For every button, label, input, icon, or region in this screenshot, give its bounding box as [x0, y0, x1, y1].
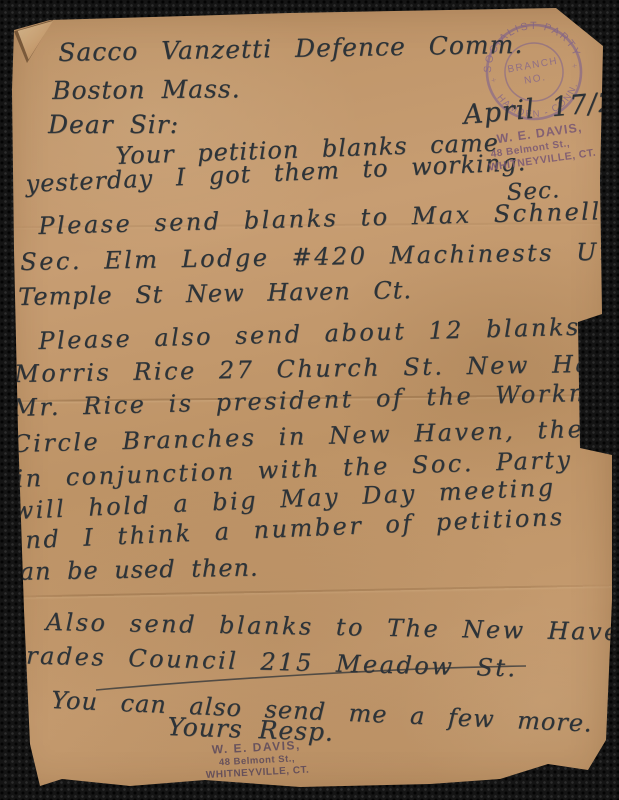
folded-corner — [16, 20, 58, 62]
line-body-5: Temple St New Haven Ct. — [18, 276, 412, 311]
folded-corner-shadow — [10, 17, 60, 65]
sender-address-stamp-bottom: W. E. DAVIS, 48 Belmont St., WHITNEYVILL… — [186, 737, 328, 784]
line-body-13: can be used then. — [5, 554, 259, 586]
stamp-center-line2: NO. — [523, 72, 547, 87]
line-body-4: Sec. Elm Lodge #420 Machinests Union 99 — [20, 236, 619, 276]
line-body-3: Please send blanks to Max Schnelle — [38, 197, 619, 240]
line-recipient-city: Boston Mass. — [52, 74, 241, 105]
photo-backdrop: SOCIALIST PARTY HAMDEN - CONN. BRANCH NO… — [0, 0, 619, 800]
line-salutation: Dear Sir: — [48, 110, 179, 139]
stamp-ornament-right: + — [571, 61, 578, 72]
line-body-15: Trades Council 215 Meadow St. — [7, 641, 518, 682]
paper-crease — [0, 584, 619, 598]
line-body-14: Also send blanks to The New Haven — [46, 608, 619, 646]
line-recipient-committee: Sacco Vanzetti Defence Comm. — [58, 30, 524, 67]
letter-paper: SOCIALIST PARTY HAMDEN - CONN. BRANCH NO… — [0, 0, 619, 800]
line-body-6: Please also send about 12 blanks to — [38, 311, 619, 355]
stamp-ornament-left: + — [490, 75, 497, 86]
